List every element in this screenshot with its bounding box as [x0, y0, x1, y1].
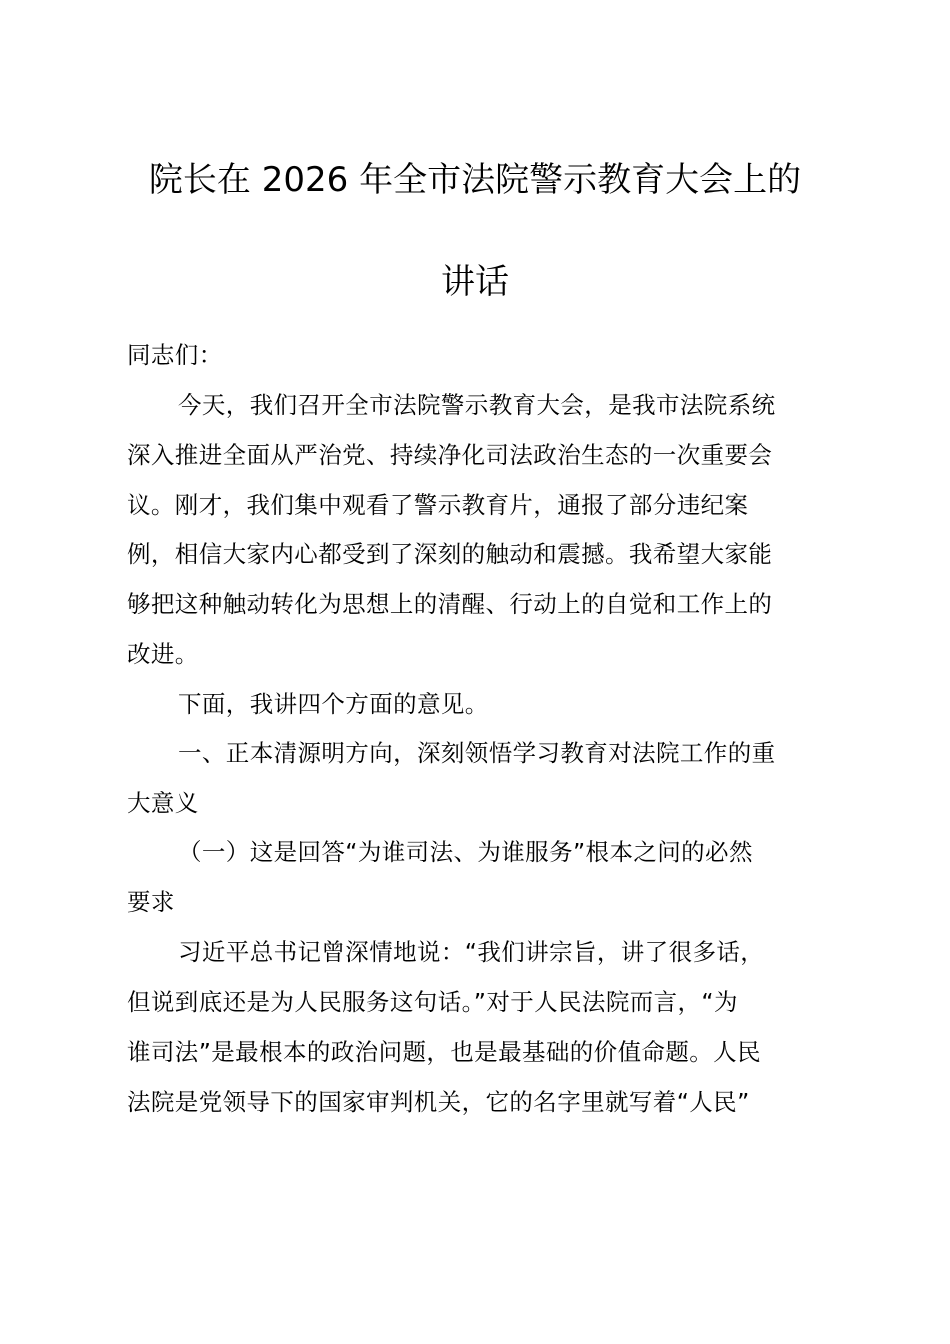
section-heading-line: 大意义	[127, 788, 199, 818]
body-line: 今天，我们召开全市法院警示教育大会，是我市法院系统	[178, 390, 776, 420]
body-line: 深入推进全面从严治党、持续净化司法政治生态的一次重要会	[127, 440, 772, 470]
section-heading-line: 一、正本清源明方向，深刻领悟学习教育对法院工作的重	[178, 738, 776, 768]
body-line: 够把这种触动转化为思想上的清醒、行动上的自觉和工作上的	[127, 589, 772, 619]
body-line: 谁司法”是最根本的政治问题，也是最基础的价值命题。人民	[127, 1037, 761, 1067]
document-page: 院长在 2026 年全市法院警示教育大会上的 讲话 同志们： 今天，我们召开全市…	[0, 0, 950, 1344]
body-line: 习近平总书记曾深情地说：“我们讲宗旨，讲了很多话，	[178, 937, 764, 967]
document-title-line-2: 讲话	[0, 262, 950, 302]
body-line: 例，相信大家内心都受到了深刻的触动和震撼。我希望大家能	[127, 539, 772, 569]
body-line: 法院是党领导下的国家审判机关，它的名字里就写着“人民”	[127, 1087, 750, 1117]
body-line: 改进。	[127, 639, 199, 669]
body-line: 但说到底还是为人民服务这句话。”对于人民法院而言，“为	[127, 987, 738, 1017]
document-title-line-1: 院长在 2026 年全市法院警示教育大会上的	[0, 160, 950, 200]
body-line: 议。刚才，我们集中观看了警示教育片，通报了部分违纪案	[127, 490, 748, 520]
subsection-heading-line: 要求	[127, 887, 175, 917]
subsection-heading-line: （一）这是回答“为谁司法、为谁服务”根本之问的必然	[178, 837, 753, 867]
body-line: 下面，我讲四个方面的意见。	[178, 689, 489, 719]
salutation: 同志们：	[127, 340, 223, 370]
